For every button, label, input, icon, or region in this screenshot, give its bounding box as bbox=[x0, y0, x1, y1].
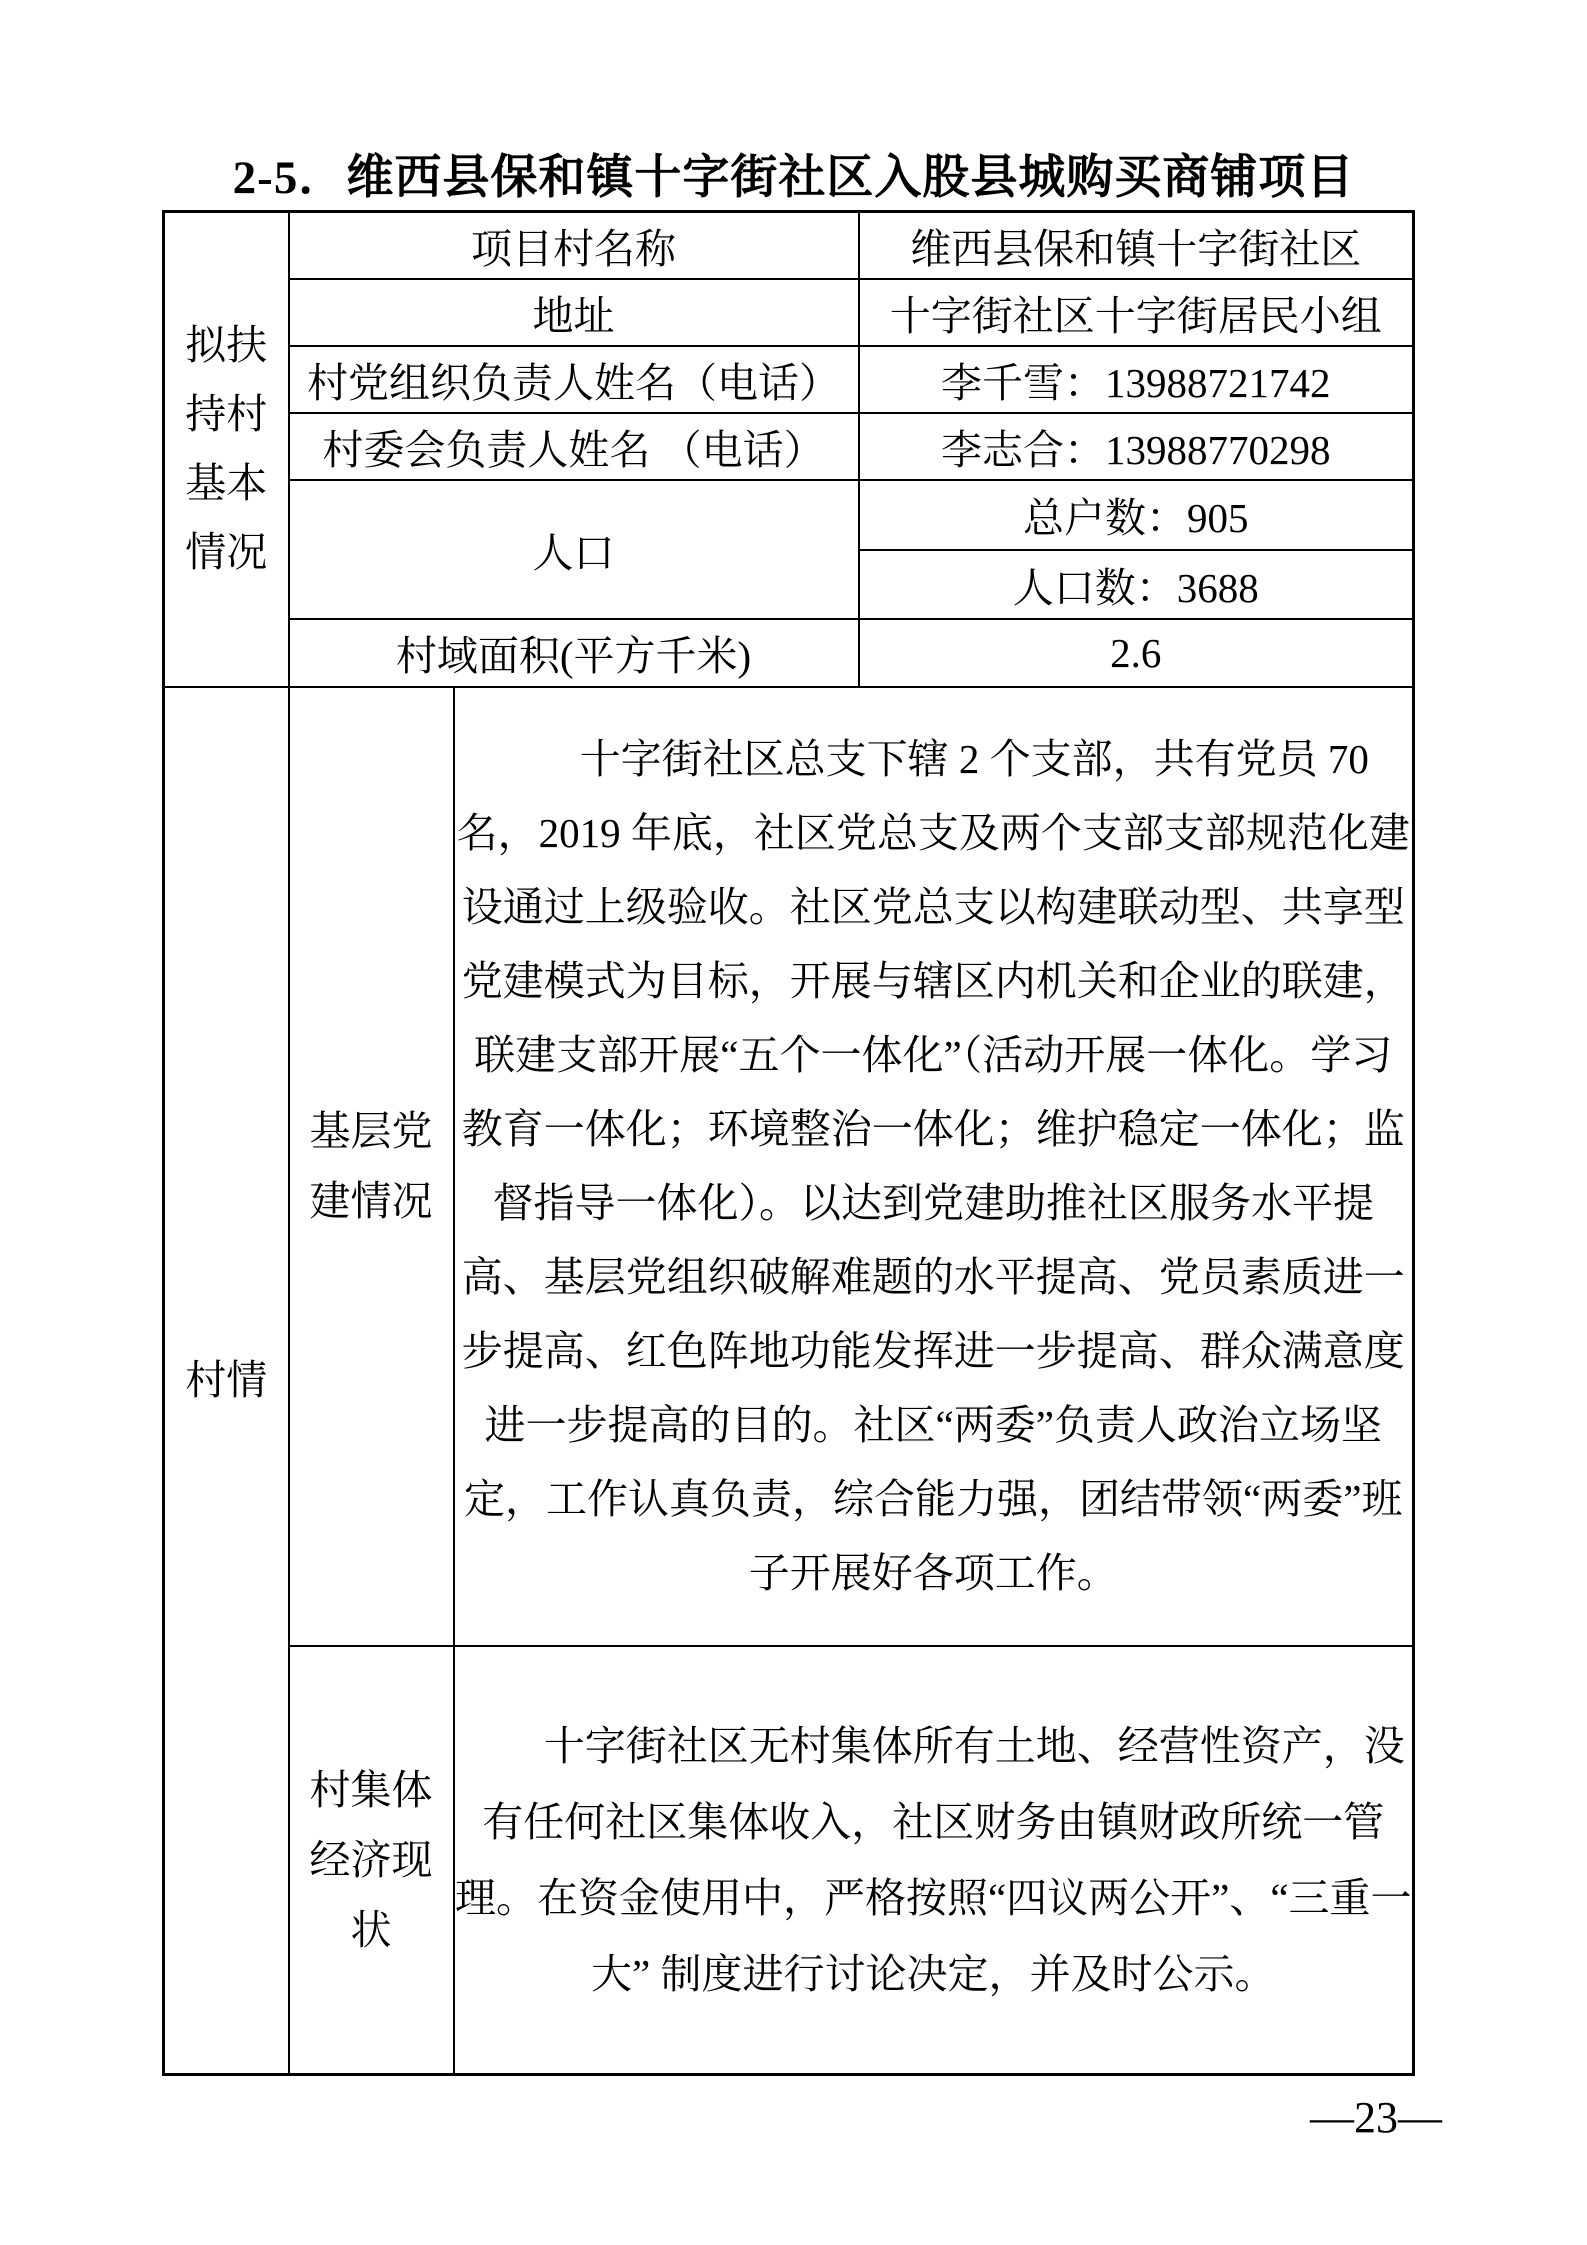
table-row: 村委会负责人姓名 （电话） 李志合：13988770298 bbox=[164, 413, 1414, 480]
value-project-village: 维西县保和镇十字街社区 bbox=[859, 212, 1414, 279]
text-party-building: 十字街社区总支下辖 2 个支部，共有党员 70 名，2019 年底，社区党总支及… bbox=[454, 687, 1414, 1646]
table-row: 村域面积(平方千米) 2.6 bbox=[164, 619, 1414, 687]
table-row: 村集体 经济现 状 十字街社区无村集体所有土地、经营性资产，没有任何社区集体收入… bbox=[164, 1646, 1414, 2075]
value-village-area: 2.6 bbox=[859, 619, 1414, 687]
label-collective-economy: 村集体 经济现 状 bbox=[289, 1646, 454, 2075]
table-row: 村党组织负责人姓名（电话） 李千雪：13988721742 bbox=[164, 346, 1414, 413]
village-info-table: 拟扶 持村 基本 情况 项目村名称 维西县保和镇十字街社区 地址 十字街社区十字… bbox=[162, 210, 1415, 2076]
value-committee-leader: 李志合：13988770298 bbox=[859, 413, 1414, 480]
label-address: 地址 bbox=[289, 279, 859, 346]
table-row: 拟扶 持村 基本 情况 项目村名称 维西县保和镇十字街社区 bbox=[164, 212, 1414, 279]
label-committee-leader: 村委会负责人姓名 （电话） bbox=[289, 413, 859, 480]
label-population: 人口 bbox=[289, 480, 859, 619]
value-households: 总户数：905 bbox=[859, 480, 1414, 550]
collective-economy-paragraph: 十字街社区无村集体所有土地、经营性资产，没有任何社区集体收入，社区财务由镇财政所… bbox=[455, 1708, 1413, 2012]
table-row: 村情 基层党 建情况 十字街社区总支下辖 2 个支部，共有党员 70 名，201… bbox=[164, 687, 1414, 1646]
value-party-leader: 李千雪：13988721742 bbox=[859, 346, 1414, 413]
label-village-area: 村域面积(平方千米) bbox=[289, 619, 859, 687]
section-label-basic-info: 拟扶 持村 基本 情况 bbox=[164, 212, 289, 687]
value-address: 十字街社区十字街居民小组 bbox=[859, 279, 1414, 346]
document-page: 2-5．维西县保和镇十字街社区入股县城购买商铺项目 拟扶 持村 基本 情况 项目… bbox=[0, 0, 1587, 2245]
page-number: —23— bbox=[1310, 2096, 1442, 2140]
label-party-leader: 村党组织负责人姓名（电话） bbox=[289, 346, 859, 413]
label-project-village: 项目村名称 bbox=[289, 212, 859, 279]
table-row: 人口 总户数：905 bbox=[164, 480, 1414, 550]
section-label-village-overview: 村情 bbox=[164, 687, 289, 2075]
label-party-building: 基层党 建情况 bbox=[289, 687, 454, 1646]
value-population-count: 人口数：3688 bbox=[859, 550, 1414, 619]
page-title: 2-5．维西县保和镇十字街社区入股县城购买商铺项目 bbox=[0, 148, 1587, 208]
table-row: 地址 十字街社区十字街居民小组 bbox=[164, 279, 1414, 346]
party-building-paragraph: 十字街社区总支下辖 2 个支部，共有党员 70 名，2019 年底，社区党总支及… bbox=[455, 722, 1413, 1610]
text-collective-economy: 十字街社区无村集体所有土地、经营性资产，没有任何社区集体收入，社区财务由镇财政所… bbox=[454, 1646, 1414, 2075]
